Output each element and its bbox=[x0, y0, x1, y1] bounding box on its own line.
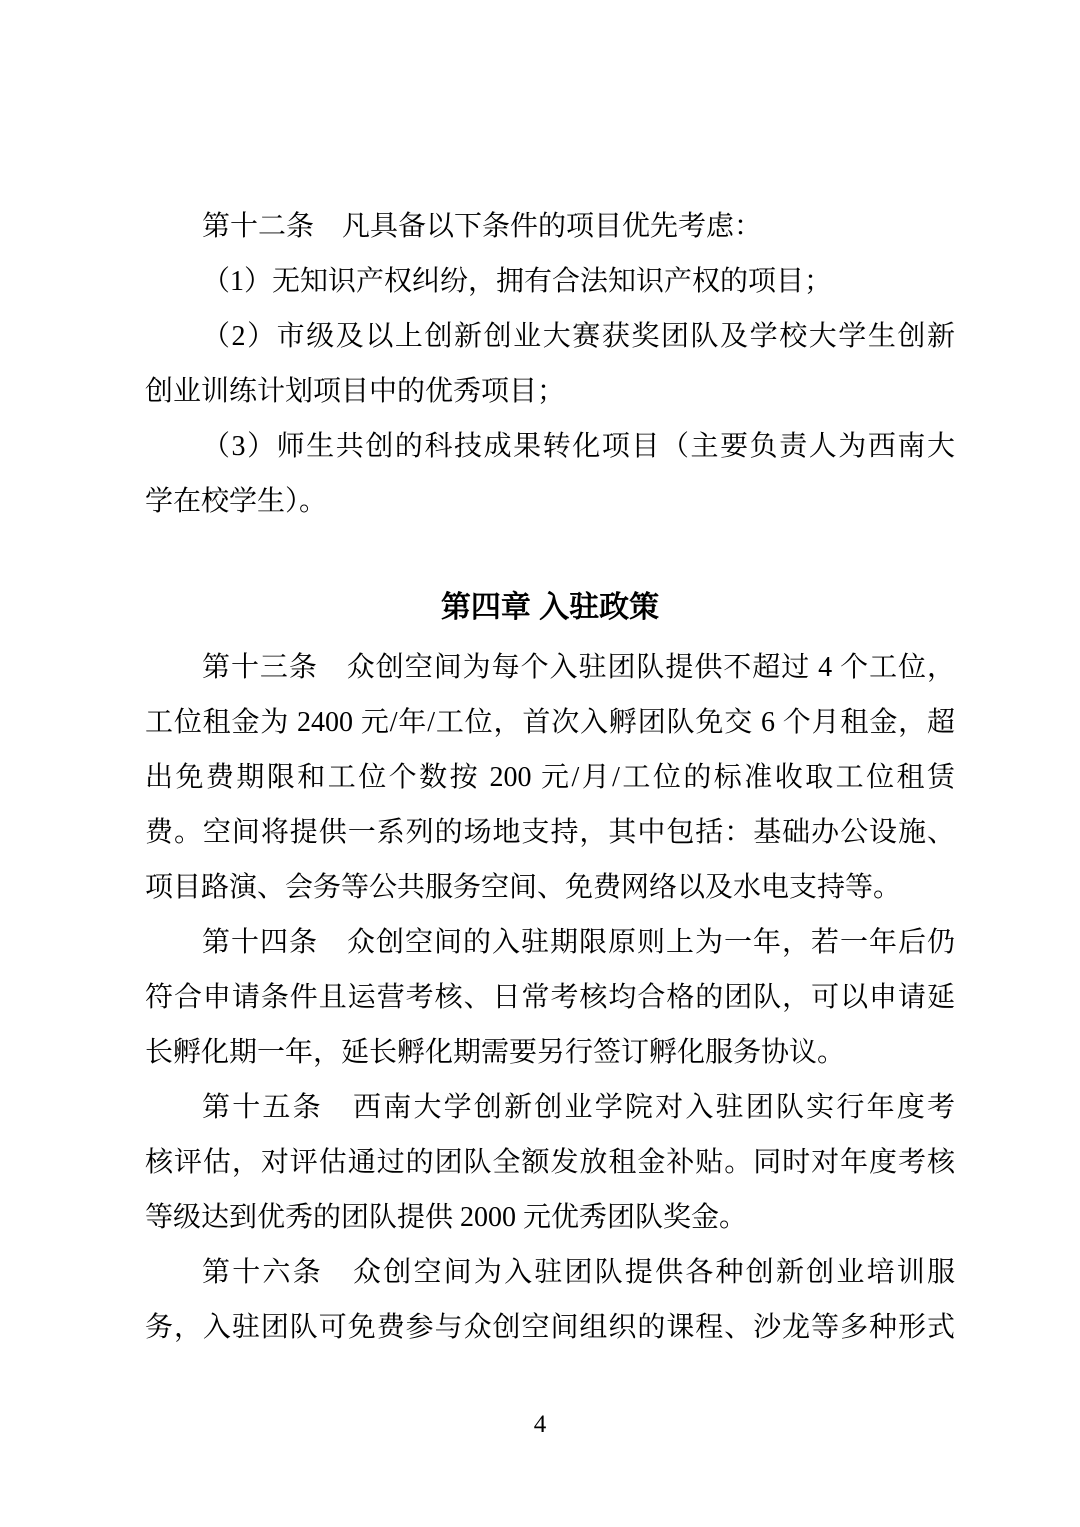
text-line-article15-end: 等级达到优秀的团队提供 2000 元优秀团队奖金。 bbox=[145, 1190, 955, 1245]
document-body: 第十二条 凡具备以下条件的项目优先考虑： （1）无知识产权纠纷，拥有合法知识产权… bbox=[145, 199, 955, 1355]
text-line-item3: （3）师生共创的科技成果转化项目（主要负责人为西南大 bbox=[145, 419, 955, 474]
text-line-article13-end: 项目路演、会务等公共服务空间、免费网络以及水电支持等。 bbox=[145, 860, 955, 915]
text-line-article13-cont: 费。空间将提供一系列的场地支持，其中包括：基础办公设施、 bbox=[145, 805, 955, 860]
text-line-article14: 第十四条 众创空间的入驻期限原则上为一年，若一年后仍 bbox=[145, 915, 955, 970]
text-line-item3-cont: 学在校学生）。 bbox=[145, 474, 955, 529]
text-line-article13-cont: 工位租金为 2400 元/年/工位，首次入孵团队免交 6 个月租金，超 bbox=[145, 695, 955, 750]
text-line-article13: 第十三条 众创空间为每个入驻团队提供不超过 4 个工位， bbox=[145, 640, 955, 695]
text-line-article12: 第十二条 凡具备以下条件的项目优先考虑： bbox=[145, 199, 955, 254]
text-line-item2: （2）市级及以上创新创业大赛获奖团队及学校大学生创新 bbox=[145, 309, 955, 364]
text-line-article16-cont: 务，入驻团队可免费参与众创空间组织的课程、沙龙等多种形式 bbox=[145, 1300, 955, 1355]
text-line-article14-end: 长孵化期一年，延长孵化期需要另行签订孵化服务协议。 bbox=[145, 1025, 955, 1080]
text-line-item2-cont: 创业训练计划项目中的优秀项目； bbox=[145, 364, 955, 419]
text-line-article13-cont: 出免费期限和工位个数按 200 元/月/工位的标准收取工位租赁 bbox=[145, 750, 955, 805]
chapter-heading: 第四章 入驻政策 bbox=[145, 580, 955, 635]
text-line-article15: 第十五条 西南大学创新创业学院对入驻团队实行年度考 bbox=[145, 1080, 955, 1135]
text-line-article15-cont: 核评估，对评估通过的团队全额发放租金补贴。同时对年度考核 bbox=[145, 1135, 955, 1190]
text-line-item1: （1）无知识产权纠纷，拥有合法知识产权的项目； bbox=[145, 254, 955, 309]
text-line-article16: 第十六条 众创空间为入驻团队提供各种创新创业培训服 bbox=[145, 1245, 955, 1300]
text-line-article14-cont: 符合申请条件且运营考核、日常考核均合格的团队，可以申请延 bbox=[145, 970, 955, 1025]
document-page: 第十二条 凡具备以下条件的项目优先考虑： （1）无知识产权纠纷，拥有合法知识产权… bbox=[0, 0, 1080, 1527]
page-number: 4 bbox=[0, 1410, 1080, 1440]
